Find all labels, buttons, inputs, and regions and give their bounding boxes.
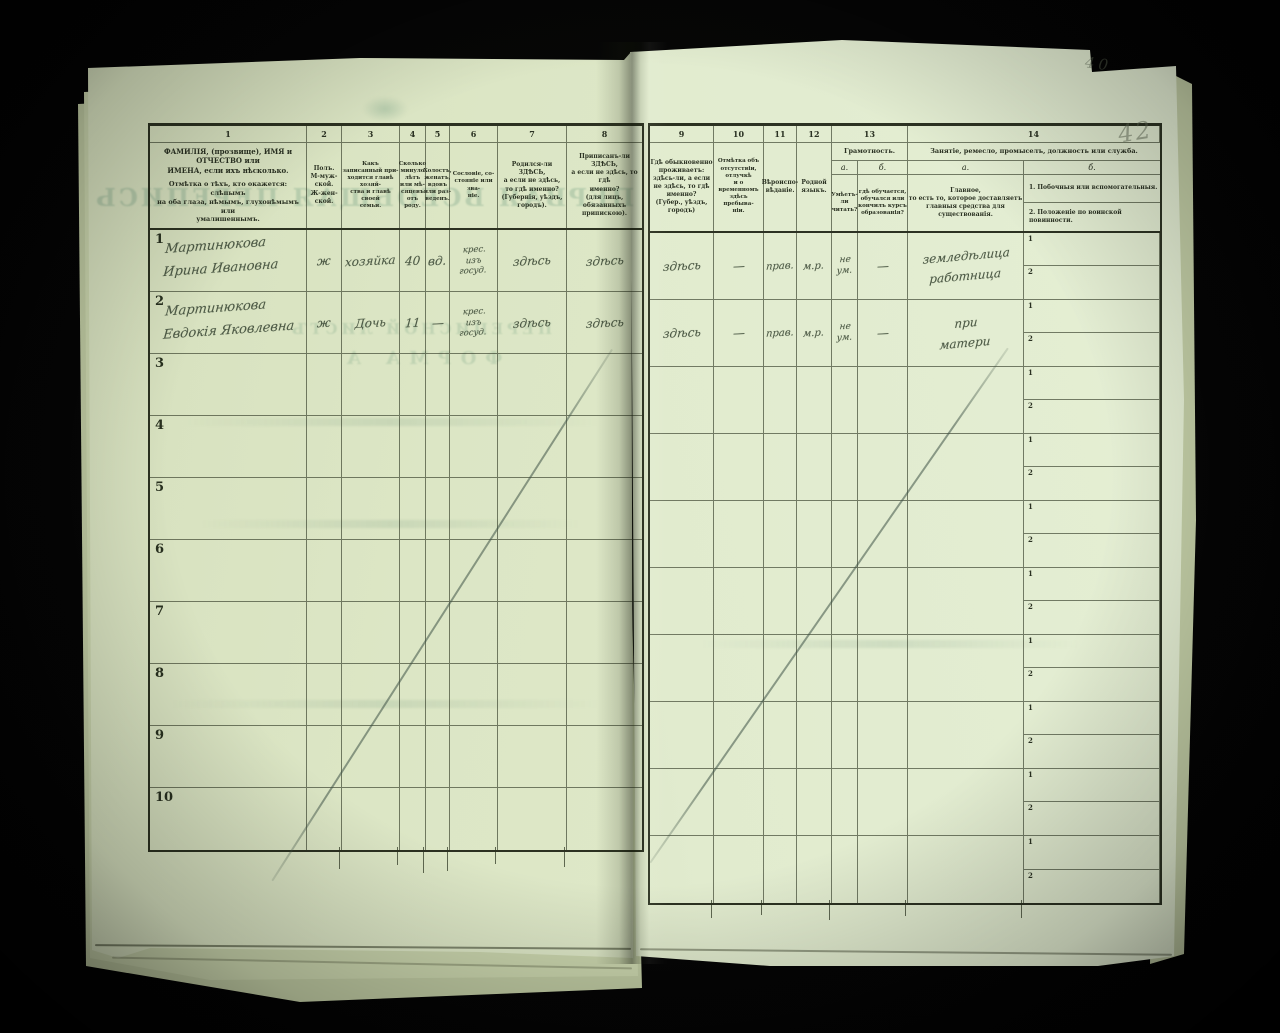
cell-name: 6 <box>150 540 307 602</box>
header-religion: Вѣроиспо- вѣданіе. <box>764 143 797 231</box>
empty-cell <box>714 635 764 702</box>
table-row: 1 2 <box>650 367 1160 434</box>
cell-name: 7 <box>150 602 307 664</box>
empty-cell <box>797 836 832 903</box>
cell-side-occupation: 1 2 <box>1024 434 1160 501</box>
handwritten-age: 40 <box>404 253 420 268</box>
header-reads: Умѣетъ- ли читать? <box>832 175 858 231</box>
table-row: 1 Мартинюкова Ирина Ивановна ж хозяйка 4… <box>150 230 642 292</box>
cell-occupation: земледѣлица работница <box>908 233 1024 300</box>
sub-cell-side: 1 <box>1024 300 1159 333</box>
empty-cell <box>858 635 908 702</box>
handwritten-occupation: земледѣлица работница <box>921 242 1010 291</box>
sub-cell-military: 2 <box>1024 601 1159 634</box>
bleed-through-crest <box>362 96 408 122</box>
empty-cell <box>342 354 400 416</box>
sub-label: 2 <box>1028 602 1033 611</box>
empty-cell <box>400 416 426 478</box>
empty-cell <box>858 702 908 769</box>
empty-cell <box>342 540 400 602</box>
cell-estate: крес. изъ госуд. <box>450 292 498 354</box>
ruled-line-tail <box>711 900 712 918</box>
table-row: 4 <box>150 416 642 478</box>
empty-cell <box>400 788 426 850</box>
cell-side-occupation: 1 2 <box>1024 367 1160 434</box>
header-literacy-b: б. <box>858 161 908 175</box>
empty-cell <box>498 726 567 788</box>
empty-cell <box>764 836 797 903</box>
sub-cell-side: 1 <box>1024 434 1159 467</box>
header-name: ФАМИЛІЯ, (прозвище), ИМЯ и ОТЧЕСТВО или … <box>150 143 307 228</box>
sub-label: 2 <box>1028 871 1033 880</box>
cell-absence: — <box>714 300 764 367</box>
cell-relation: хозяйка <box>342 230 400 292</box>
handwritten-relation: хозяйка <box>345 252 396 269</box>
sub-cell-side: 1 <box>1024 568 1159 601</box>
header-age: Сколько минуло лѣтъ или мѣ- сяцевъ отъ р… <box>400 143 426 228</box>
empty-cell <box>832 769 858 836</box>
cell-language: м.р. <box>797 233 832 300</box>
empty-cell <box>858 769 908 836</box>
empty-cell <box>498 416 567 478</box>
ruled-line-tail <box>1021 900 1022 918</box>
empty-cell <box>400 602 426 664</box>
empty-cell <box>498 540 567 602</box>
empty-cell <box>764 769 797 836</box>
sub-cell-military: 2 <box>1024 333 1159 366</box>
table-row: 7 <box>150 602 642 664</box>
table-row: 1 2 <box>650 568 1160 635</box>
empty-cell <box>797 434 832 501</box>
table-row: здѣсь — прав. м.р. не ум. — при матери 1… <box>650 300 1160 367</box>
empty-cell <box>450 664 498 726</box>
handwritten-age: 11 <box>404 315 420 330</box>
empty-cell <box>764 501 797 568</box>
empty-cell <box>307 478 342 540</box>
table-row: 3 <box>150 354 642 416</box>
ruled-line-tail <box>564 847 565 867</box>
header-occupation-b: б. <box>1024 161 1160 175</box>
header-occupation-main: Главное, то есть то, которое доставляетъ… <box>908 175 1024 231</box>
empty-cell <box>342 478 400 540</box>
sub-cell-side: 1 <box>1024 367 1159 400</box>
sub-cell-military: 2 <box>1024 802 1159 835</box>
empty-cell <box>858 434 908 501</box>
empty-cell <box>908 836 1024 903</box>
column-number-row: 9 10 11 12 13 14 <box>650 126 1160 143</box>
column-number-row: 1 2 3 4 5 6 7 8 <box>150 126 642 143</box>
row-number: 4 <box>155 418 164 433</box>
sub-label: 2 <box>1028 669 1033 678</box>
empty-cell <box>426 726 450 788</box>
empty-cell <box>797 501 832 568</box>
column-number: 12 <box>797 126 832 143</box>
cell-name: 1 Мартинюкова Ирина Ивановна <box>150 230 307 292</box>
cell-age: 40 <box>400 230 426 292</box>
empty-cell <box>426 478 450 540</box>
sub-label: 1 <box>1028 770 1033 779</box>
census-table-left-page: 1 2 3 4 5 6 7 8 ФАМИЛІЯ, (прозвище), ИМЯ… <box>148 123 644 852</box>
sub-cell-military: 2 <box>1024 870 1159 904</box>
cell-side-occupation: 1 2 <box>1024 233 1160 300</box>
cell-sex: ж <box>307 292 342 354</box>
cell-name: 8 <box>150 664 307 726</box>
column-number: 11 <box>764 126 797 143</box>
handwritten-reads: не ум. <box>836 322 853 345</box>
table-row: 1 2 <box>650 836 1160 903</box>
sub-label: 1 <box>1028 837 1033 846</box>
sub-cell-military: 2 <box>1024 534 1159 567</box>
empty-cell <box>832 367 858 434</box>
table-row: 1 2 <box>650 501 1160 568</box>
empty-cell <box>307 664 342 726</box>
cell-marital: вд. <box>426 230 450 292</box>
header-sex: Полъ. М-муж- ской. Ж-жен- ской. <box>307 143 342 228</box>
header-marital: Холостъ, женатъ, вдовъ или раз- веденъ. <box>426 143 450 228</box>
handwritten-absence: — <box>732 259 745 274</box>
empty-cell <box>450 602 498 664</box>
table-row: 5 <box>150 478 642 540</box>
pencil-page-number: 42 <box>1116 115 1155 148</box>
empty-cell <box>908 568 1024 635</box>
cell-relation: Дочь <box>342 292 400 354</box>
empty-cell <box>908 501 1024 568</box>
cell-religion: прав. <box>764 300 797 367</box>
header-relation: Какъ записанный при- ходится главѣ хозяй… <box>342 143 400 228</box>
census-table-right-page: 9 10 11 12 13 14 Гдѣ обыкновенно прожива… <box>648 123 1162 905</box>
table-row: 1 2 <box>650 434 1160 501</box>
cell-reads: не ум. <box>832 300 858 367</box>
table-row: 10 <box>150 788 642 850</box>
sub-cell-military: 2 <box>1024 467 1159 500</box>
empty-cell <box>908 769 1024 836</box>
handwritten-reads: не ум. <box>836 255 853 278</box>
column-number: 7 <box>498 126 567 143</box>
header-name-note: Отмѣтка о тѣхъ, кто окажется: слѣпымъ на… <box>153 180 303 224</box>
empty-cell <box>832 568 858 635</box>
handwritten-estate: крес. изъ госуд. <box>459 306 488 339</box>
handwritten-absence: — <box>732 326 745 341</box>
sub-cell-side: 1 <box>1024 501 1159 534</box>
sub-label: 2 <box>1028 401 1033 410</box>
empty-cell <box>797 769 832 836</box>
table-row: 9 <box>150 726 642 788</box>
empty-cell <box>714 367 764 434</box>
handwritten-birthplace: здѣсь <box>513 252 552 268</box>
empty-cell <box>400 478 426 540</box>
sub-cell-side: 1 <box>1024 702 1159 735</box>
sub-cell-side: 1 <box>1024 769 1159 802</box>
cell-name: 4 <box>150 416 307 478</box>
handwritten-school: — <box>876 259 889 274</box>
empty-cell <box>714 836 764 903</box>
header-estate: Сословіе, со- стояніе или зва- ніе. <box>450 143 498 228</box>
sub-label: 1 <box>1028 234 1033 243</box>
empty-cell <box>342 602 400 664</box>
row-number: 3 <box>155 356 164 371</box>
cell-age: 11 <box>400 292 426 354</box>
handwritten-name: Мартинюкова Евдокія Яковлевна <box>162 292 297 347</box>
sub-label: 1 <box>1028 703 1033 712</box>
empty-cell <box>908 635 1024 702</box>
ruled-line-tail <box>829 900 830 920</box>
handwritten-relation: Дочь <box>355 315 387 331</box>
empty-cell <box>426 788 450 850</box>
empty-cell <box>342 788 400 850</box>
sub-label: 1 <box>1028 636 1033 645</box>
empty-cell <box>908 702 1024 769</box>
book-fold-shadow <box>596 42 668 964</box>
cell-estate: крес. изъ госуд. <box>450 230 498 292</box>
table-row: 1 2 <box>650 635 1160 702</box>
sub-label: 1 <box>1028 435 1033 444</box>
header-military-duty: 2. Положеніе по воинской повинности. <box>1024 203 1160 231</box>
empty-cell <box>307 602 342 664</box>
table-row: 1 2 <box>650 702 1160 769</box>
empty-cell <box>797 702 832 769</box>
handwritten-estate: крес. изъ госуд. <box>459 244 488 277</box>
column-number: 4 <box>400 126 426 143</box>
header-occupation-a: а. <box>908 161 1024 175</box>
cell-religion: прав. <box>764 233 797 300</box>
table-row: 6 <box>150 540 642 602</box>
header-row: Гдѣ обыкновенно проживаетъ: здѣсь-ли, а … <box>650 143 1160 233</box>
sub-cell-military: 2 <box>1024 266 1159 299</box>
empty-cell <box>400 726 426 788</box>
empty-cell <box>342 416 400 478</box>
empty-cell <box>307 416 342 478</box>
sub-cell-military: 2 <box>1024 668 1159 701</box>
cell-side-occupation: 1 2 <box>1024 769 1160 836</box>
empty-cell <box>498 354 567 416</box>
cell-side-occupation: 1 2 <box>1024 702 1160 769</box>
cell-sex: ж <box>307 230 342 292</box>
sub-label: 1 <box>1028 569 1033 578</box>
empty-cell <box>832 702 858 769</box>
sub-label: 2 <box>1028 736 1033 745</box>
empty-cell <box>400 354 426 416</box>
empty-cell <box>908 367 1024 434</box>
empty-cell <box>764 367 797 434</box>
sub-label: 2 <box>1028 468 1033 477</box>
empty-cell <box>797 367 832 434</box>
ruled-line-tail <box>339 847 340 869</box>
header-absence: Отмѣтка объ отсутствіи, отлучкѣ и о врем… <box>714 143 764 231</box>
header-birthplace: Родился-ли ЗДѢСЬ, а если не здѣсь, то гд… <box>498 143 567 228</box>
cell-birthplace: здѣсь <box>498 230 567 292</box>
cell-name: 5 <box>150 478 307 540</box>
handwritten-language: м.р. <box>803 260 825 272</box>
handwritten-name: Мартинюкова Ирина Ивановна <box>162 231 281 285</box>
cell-school: — <box>858 300 908 367</box>
empty-cell <box>450 726 498 788</box>
header-literacy-title: Грамотность. <box>832 143 908 161</box>
handwritten-sex: ж <box>317 315 332 330</box>
column-number: 1 <box>150 126 307 143</box>
empty-cell <box>450 478 498 540</box>
handwritten-birthplace: здѣсь <box>513 314 552 330</box>
cell-name: 3 <box>150 354 307 416</box>
empty-cell <box>426 540 450 602</box>
table-row: 8 <box>150 664 642 726</box>
cell-name: 2 Мартинюкова Евдокія Яковлевна <box>150 292 307 354</box>
ruled-line-tail <box>397 847 398 865</box>
empty-cell <box>832 501 858 568</box>
empty-cell <box>400 540 426 602</box>
header-literacy-a: а. <box>832 161 858 175</box>
column-number: 3 <box>342 126 400 143</box>
sub-label: 1 <box>1028 301 1033 310</box>
empty-cell <box>764 568 797 635</box>
column-number: 13 <box>832 126 908 143</box>
ruled-line-tail <box>447 847 448 871</box>
empty-cell <box>858 836 908 903</box>
pencil-page-number: 40 <box>1084 53 1113 74</box>
cell-side-occupation: 1 2 <box>1024 836 1160 903</box>
empty-cell <box>832 836 858 903</box>
ruled-line-tail <box>761 900 762 915</box>
empty-cell <box>858 367 908 434</box>
cell-birthplace: здѣсь <box>498 292 567 354</box>
empty-cell <box>714 501 764 568</box>
census-form-scan: ПЕРВАЯ ВСЕОБЩАЯ ПЕРЕПИСЬ ПЕРЕПИСНОЙ ЛИСТ… <box>0 0 1280 1033</box>
sub-cell-military: 2 <box>1024 735 1159 768</box>
cell-side-occupation: 1 2 <box>1024 300 1160 367</box>
sub-label: 1 <box>1028 368 1033 377</box>
empty-cell <box>498 602 567 664</box>
cell-absence: — <box>714 233 764 300</box>
sub-label: 1 <box>1028 502 1033 511</box>
empty-cell <box>858 501 908 568</box>
column-number: 6 <box>450 126 498 143</box>
handwritten-school: — <box>876 326 889 341</box>
empty-cell <box>714 434 764 501</box>
row-number: 1 <box>155 232 164 247</box>
cell-name: 10 <box>150 788 307 850</box>
ruled-line-tail <box>495 847 496 864</box>
row-number: 7 <box>155 604 164 619</box>
empty-cell <box>450 354 498 416</box>
row-number: 2 <box>155 294 164 309</box>
handwritten-religion: прав. <box>766 327 795 340</box>
sub-label: 2 <box>1028 334 1033 343</box>
cell-side-occupation: 1 2 <box>1024 568 1160 635</box>
empty-cell <box>450 788 498 850</box>
sub-label: 2 <box>1028 803 1033 812</box>
empty-cell <box>832 434 858 501</box>
empty-cell <box>832 635 858 702</box>
empty-cell <box>426 416 450 478</box>
sub-cell-military: 2 <box>1024 400 1159 433</box>
handwritten-marital: вд. <box>428 253 447 268</box>
row-number: 5 <box>155 480 164 495</box>
sub-label: 2 <box>1028 535 1033 544</box>
header-occupation-side: 1. Побочныя или вспомогательныя. <box>1024 175 1160 203</box>
empty-cell <box>426 664 450 726</box>
table-row: здѣсь — прав. м.р. не ум. — земледѣлица … <box>650 233 1160 300</box>
empty-cell <box>714 568 764 635</box>
cell-side-occupation: 1 2 <box>1024 501 1160 568</box>
table-row: 1 2 <box>650 769 1160 836</box>
header-school: гдѣ обучается, обучался или кончилъ курс… <box>858 175 908 231</box>
cell-language: м.р. <box>797 300 832 367</box>
cell-school: — <box>858 233 908 300</box>
handwritten-marital: — <box>431 315 444 330</box>
empty-cell <box>714 769 764 836</box>
row-number: 8 <box>155 666 164 681</box>
cell-reads: не ум. <box>832 233 858 300</box>
empty-cell <box>498 788 567 850</box>
empty-cell <box>450 416 498 478</box>
header-language: Родной языкъ. <box>797 143 832 231</box>
ruled-line-tail <box>423 847 424 873</box>
header-row: ФАМИЛІЯ, (прозвище), ИМЯ и ОТЧЕСТВО или … <box>150 143 642 230</box>
cell-name: 9 <box>150 726 307 788</box>
table-row: 2 Мартинюкова Евдокія Яковлевна ж Дочь 1… <box>150 292 642 354</box>
row-number: 9 <box>155 728 164 743</box>
column-number: 5 <box>426 126 450 143</box>
column-number: 2 <box>307 126 342 143</box>
sub-cell-side: 1 <box>1024 233 1159 266</box>
ruled-line-tail <box>905 900 906 916</box>
empty-cell <box>498 664 567 726</box>
sub-cell-side: 1 <box>1024 836 1159 870</box>
empty-cell <box>858 568 908 635</box>
handwritten-language: м.р. <box>803 327 825 339</box>
cell-occupation: при матери <box>908 300 1024 367</box>
handwritten-sex: ж <box>317 253 332 268</box>
empty-cell <box>307 354 342 416</box>
cell-side-occupation: 1 2 <box>1024 635 1160 702</box>
header-name-main: ФАМИЛІЯ, (прозвище), ИМЯ и ОТЧЕСТВО или … <box>153 147 303 175</box>
row-number: 10 <box>155 790 173 805</box>
empty-cell <box>426 354 450 416</box>
column-number: 10 <box>714 126 764 143</box>
cell-marital: — <box>426 292 450 354</box>
empty-cell <box>764 702 797 769</box>
sub-label: 2 <box>1028 267 1033 276</box>
handwritten-occupation: при матери <box>939 310 992 356</box>
handwritten-religion: прав. <box>766 260 795 273</box>
sub-cell-side: 1 <box>1024 635 1159 668</box>
empty-cell <box>764 434 797 501</box>
row-number: 6 <box>155 542 164 557</box>
empty-cell <box>307 540 342 602</box>
